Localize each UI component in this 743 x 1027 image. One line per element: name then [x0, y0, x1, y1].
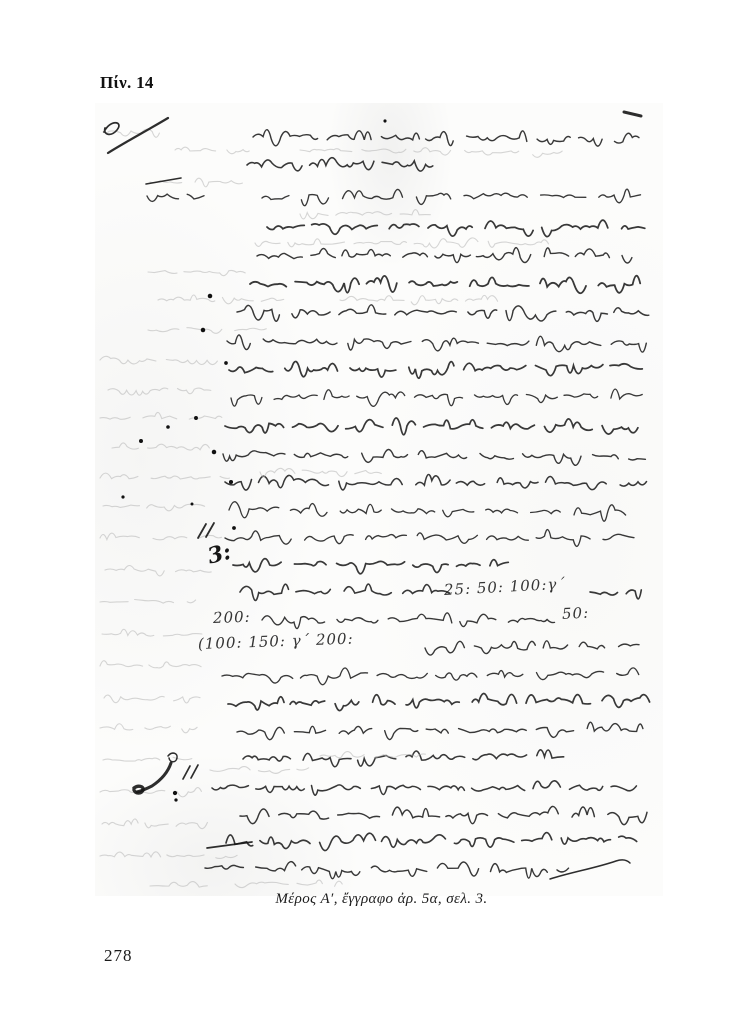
plate-label: Πίν. 14	[100, 73, 154, 93]
page-number: 278	[104, 946, 133, 966]
book-page: Πίν. 14 25: 50: 100:γ΄200:50:(100: 150: …	[0, 0, 743, 1027]
figure-caption: Μέρος Α′, ἔγγραφο ἀρ. 5α, σελ. 3.	[20, 891, 743, 908]
manuscript-scan	[95, 103, 663, 896]
